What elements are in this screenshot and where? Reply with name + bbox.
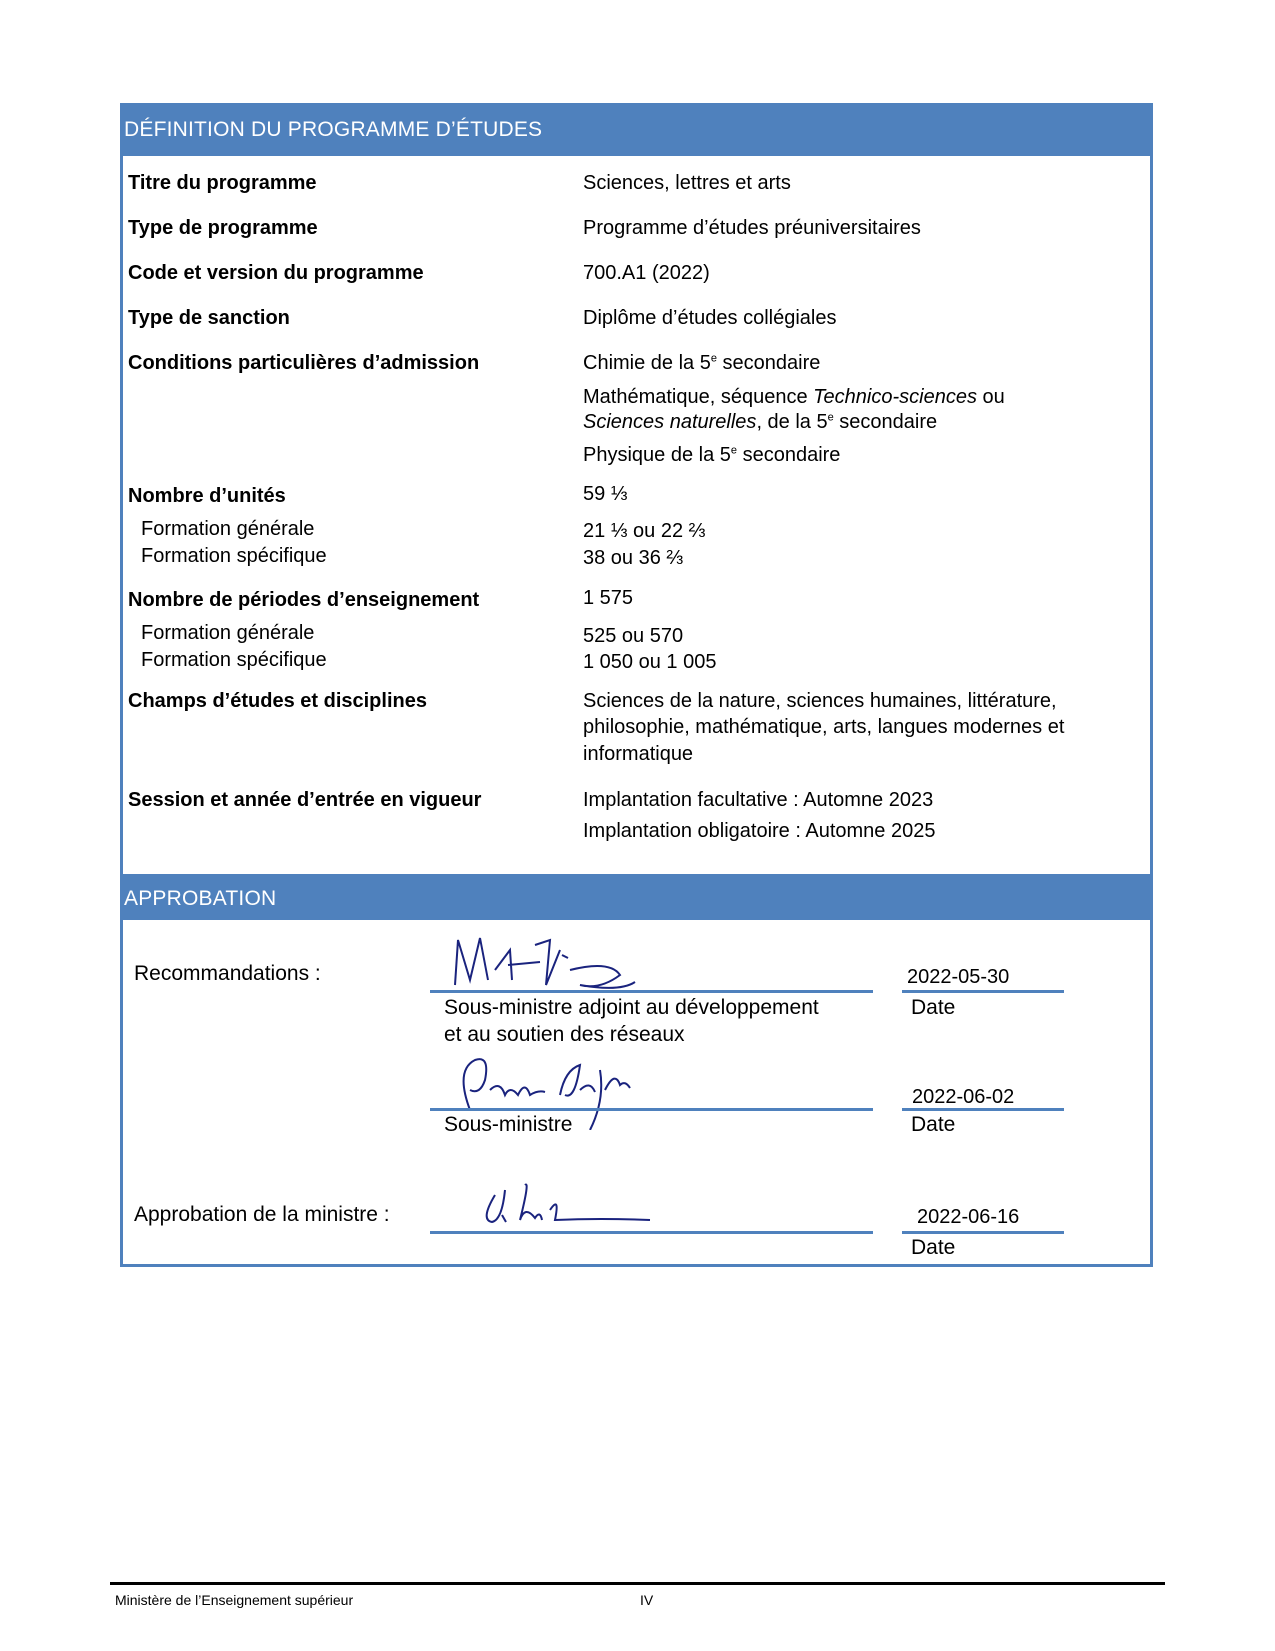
date-line-3 (902, 1231, 1064, 1234)
recommandations-label: Recommandations : (134, 962, 321, 986)
value-admission-math-line1: Mathématique, séquence Technico-sciences… (583, 386, 1005, 409)
footer-ministry: Ministère de l’Enseignement supérieur (115, 1592, 353, 1608)
page-number: IV (640, 1592, 653, 1608)
label-unites-generale: Formation générale (141, 518, 314, 541)
label-periodes-generale: Formation générale (141, 622, 314, 645)
value-unites-specifique: 38 ou 36 ⅔ (583, 547, 683, 570)
label-unites: Nombre d’unités (128, 485, 286, 508)
sig1-role-line2: et au soutien des réseaux (444, 1023, 685, 1047)
sig1-date: 2022-05-30 (907, 966, 1009, 989)
footer-rule (110, 1582, 1165, 1585)
label-unites-specifique: Formation spécifique (141, 545, 327, 568)
value-champs-line1: Sciences de la nature, sciences humaines… (583, 690, 1057, 713)
value-sanction: Diplôme d’études collégiales (583, 307, 836, 330)
section-header-approbation: APPROBATION (120, 874, 1153, 920)
sig2-date: 2022-06-02 (912, 1086, 1014, 1109)
date-line-2 (902, 1108, 1064, 1111)
label-champs: Champs d’études et disciplines (128, 690, 427, 713)
sig1-date-label: Date (911, 996, 955, 1020)
section-title-definition: DÉFINITION DU PROGRAMME D’ÉTUDES (124, 118, 542, 142)
signature-3-icon (480, 1180, 680, 1230)
label-code: Code et version du programme (128, 262, 424, 285)
section-title-approbation: APPROBATION (124, 887, 276, 911)
value-titre: Sciences, lettres et arts (583, 172, 791, 195)
value-type: Programme d’études préuniversitaires (583, 217, 921, 240)
value-periodes: 1 575 (583, 587, 633, 610)
label-titre: Titre du programme (128, 172, 317, 195)
sig2-role: Sous-ministre (444, 1113, 572, 1137)
signature-line-3 (430, 1231, 873, 1234)
value-admission-physique: Physique de la 5e secondaire (583, 444, 840, 467)
signature-line-1 (430, 990, 873, 993)
value-periodes-specifique: 1 050 ou 1 005 (583, 651, 716, 674)
label-sanction: Type de sanction (128, 307, 290, 330)
value-session-line1: Implantation facultative : Automne 2023 (583, 789, 933, 812)
signature-line-2 (430, 1108, 873, 1111)
sig1-role-line1: Sous-ministre adjoint au développement (444, 996, 819, 1020)
sig3-date-label: Date (911, 1236, 955, 1260)
label-admission: Conditions particulières d’admission (128, 352, 479, 375)
value-champs-line3: informatique (583, 743, 693, 766)
ministre-label: Approbation de la ministre : (134, 1203, 390, 1227)
label-periodes-specifique: Formation spécifique (141, 649, 327, 672)
date-line-1 (902, 990, 1064, 993)
label-session: Session et année d’entrée en vigueur (128, 789, 481, 812)
label-type: Type de programme (128, 217, 318, 240)
value-admission-chimie: Chimie de la 5e secondaire (583, 352, 820, 375)
value-unites-generale: 21 ⅓ ou 22 ⅔ (583, 520, 705, 543)
sig3-date: 2022-06-16 (917, 1206, 1019, 1229)
value-unites: 59 ⅓ (583, 483, 627, 506)
value-code: 700.A1 (2022) (583, 262, 710, 285)
value-periodes-generale: 525 ou 570 (583, 625, 683, 648)
label-periodes: Nombre de périodes d’enseignement (128, 589, 479, 612)
section-header-definition: DÉFINITION DU PROGRAMME D’ÉTUDES (120, 103, 1153, 156)
value-champs-line2: philosophie, mathématique, arts, langues… (583, 716, 1064, 739)
value-admission-math-line2: Sciences naturelles, de la 5e secondaire (583, 411, 937, 434)
sig2-date-label: Date (911, 1113, 955, 1137)
value-session-line2: Implantation obligatoire : Automne 2025 (583, 820, 935, 843)
